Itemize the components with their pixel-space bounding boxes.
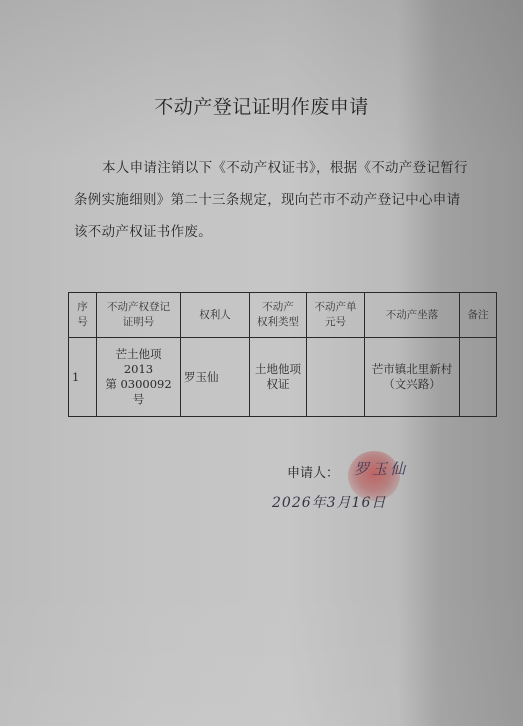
request-paragraph: 本人申请注销以下《不动产权证书》，根据《不动产登记暂行条例实施细则》第二十三条规… [74,152,474,248]
cell-index: 1 [69,338,97,417]
header-right-type: 不动产权利类型 [250,293,307,338]
header-holder: 权利人 [181,293,250,338]
header-remark: 备注 [460,293,497,338]
header-location: 不动产坐落 [365,293,460,338]
header-index: 序号 [69,293,97,338]
cell-unit-no [307,338,365,417]
table-header-row: 序号 不动产权登记证明号 权利人 不动产权利类型 不动产单元号 不动产坐落 备注 [69,293,497,338]
certificate-table: 序号 不动产权登记证明号 权利人 不动产权利类型 不动产单元号 不动产坐落 备注… [68,292,497,417]
header-unit-no: 不动产单元号 [307,293,365,338]
cell-location: 芒市镇北里新村（文兴路） [365,338,460,417]
cell-holder: 罗玉仙 [181,338,250,417]
cell-remark [460,338,497,417]
header-cert-no: 不动产权登记证明号 [97,293,181,338]
cell-cert-no: 芒土他项 2013第 0300092 号 [97,338,181,417]
document-title: 不动产登记证明作废申请 [0,92,523,119]
cell-right-type: 土地他项权证 [250,338,307,417]
table-row: 1 芒土他项 2013第 0300092 号 罗玉仙 土地他项权证 芒市镇北里新… [69,338,497,417]
applicant-label: 申请人： [287,462,339,481]
signature-date: 2026年3月16日 [272,492,386,512]
applicant-signature: 罗玉仙 [354,458,408,479]
